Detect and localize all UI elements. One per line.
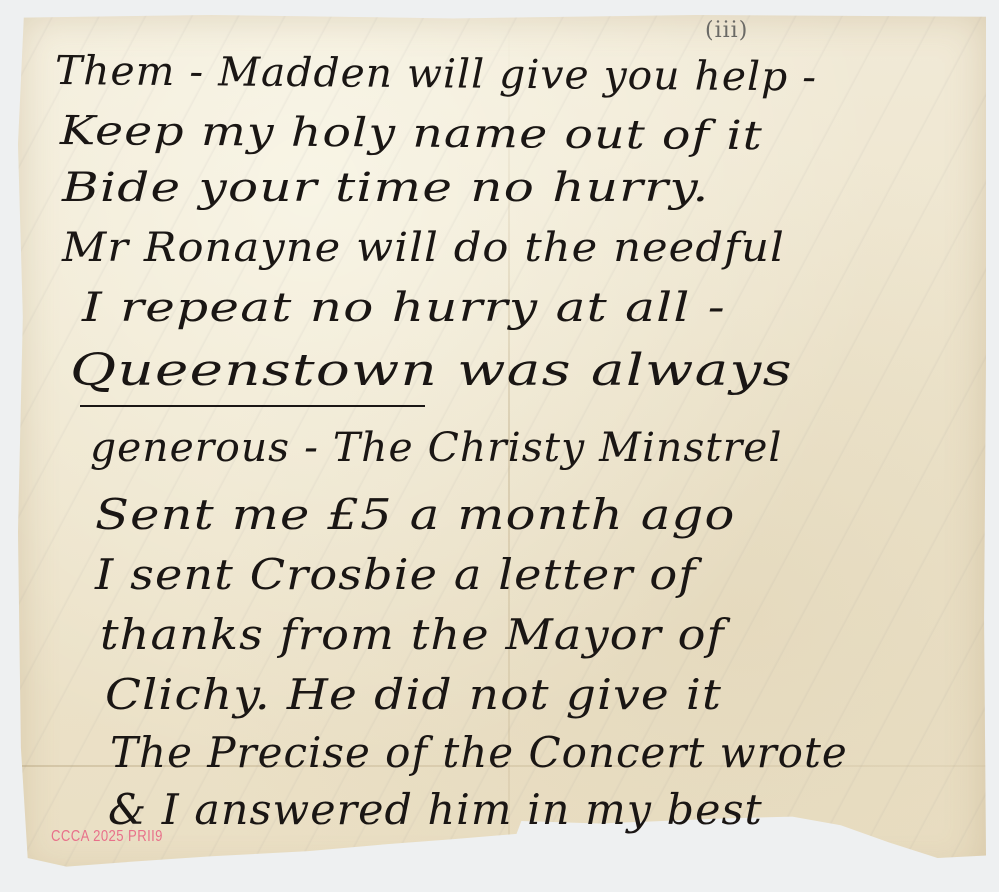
queenstown-underline (80, 405, 425, 407)
handwritten-line-10: thanks from the Mayor of (100, 610, 725, 659)
handwritten-line-2: Keep my holy name out of it (60, 108, 763, 159)
page-number-annotation: (iii) (705, 18, 748, 43)
handwritten-line-7: generous - The Christy Minstrel (90, 425, 782, 471)
handwritten-line-4: Mr Ronayne will do the needful (62, 225, 785, 271)
handwritten-line-5: I repeat no hurry at all - (82, 285, 726, 331)
handwritten-line-9: I sent Crosbie a letter of (95, 550, 696, 599)
handwritten-line-3: Bide your time no hurry. (62, 165, 709, 211)
handwritten-line-12: The Precise of the Concert wrote (110, 728, 848, 777)
archive-watermark: CCCA 2025 PRII9 (51, 828, 163, 846)
handwritten-line-11: Clichy. He did not give it (105, 670, 722, 719)
handwritten-line-8: Sent me £5 a month ago (95, 490, 735, 539)
handwritten-line-13: & I answered him in my best (108, 785, 763, 834)
scanned-document: (iii) Them - Madden will give you help -… (0, 0, 999, 892)
handwritten-line-1: Them - Madden will give you help - (55, 48, 817, 101)
handwritten-line-6-queenstown: Queenstown was always (70, 345, 793, 396)
